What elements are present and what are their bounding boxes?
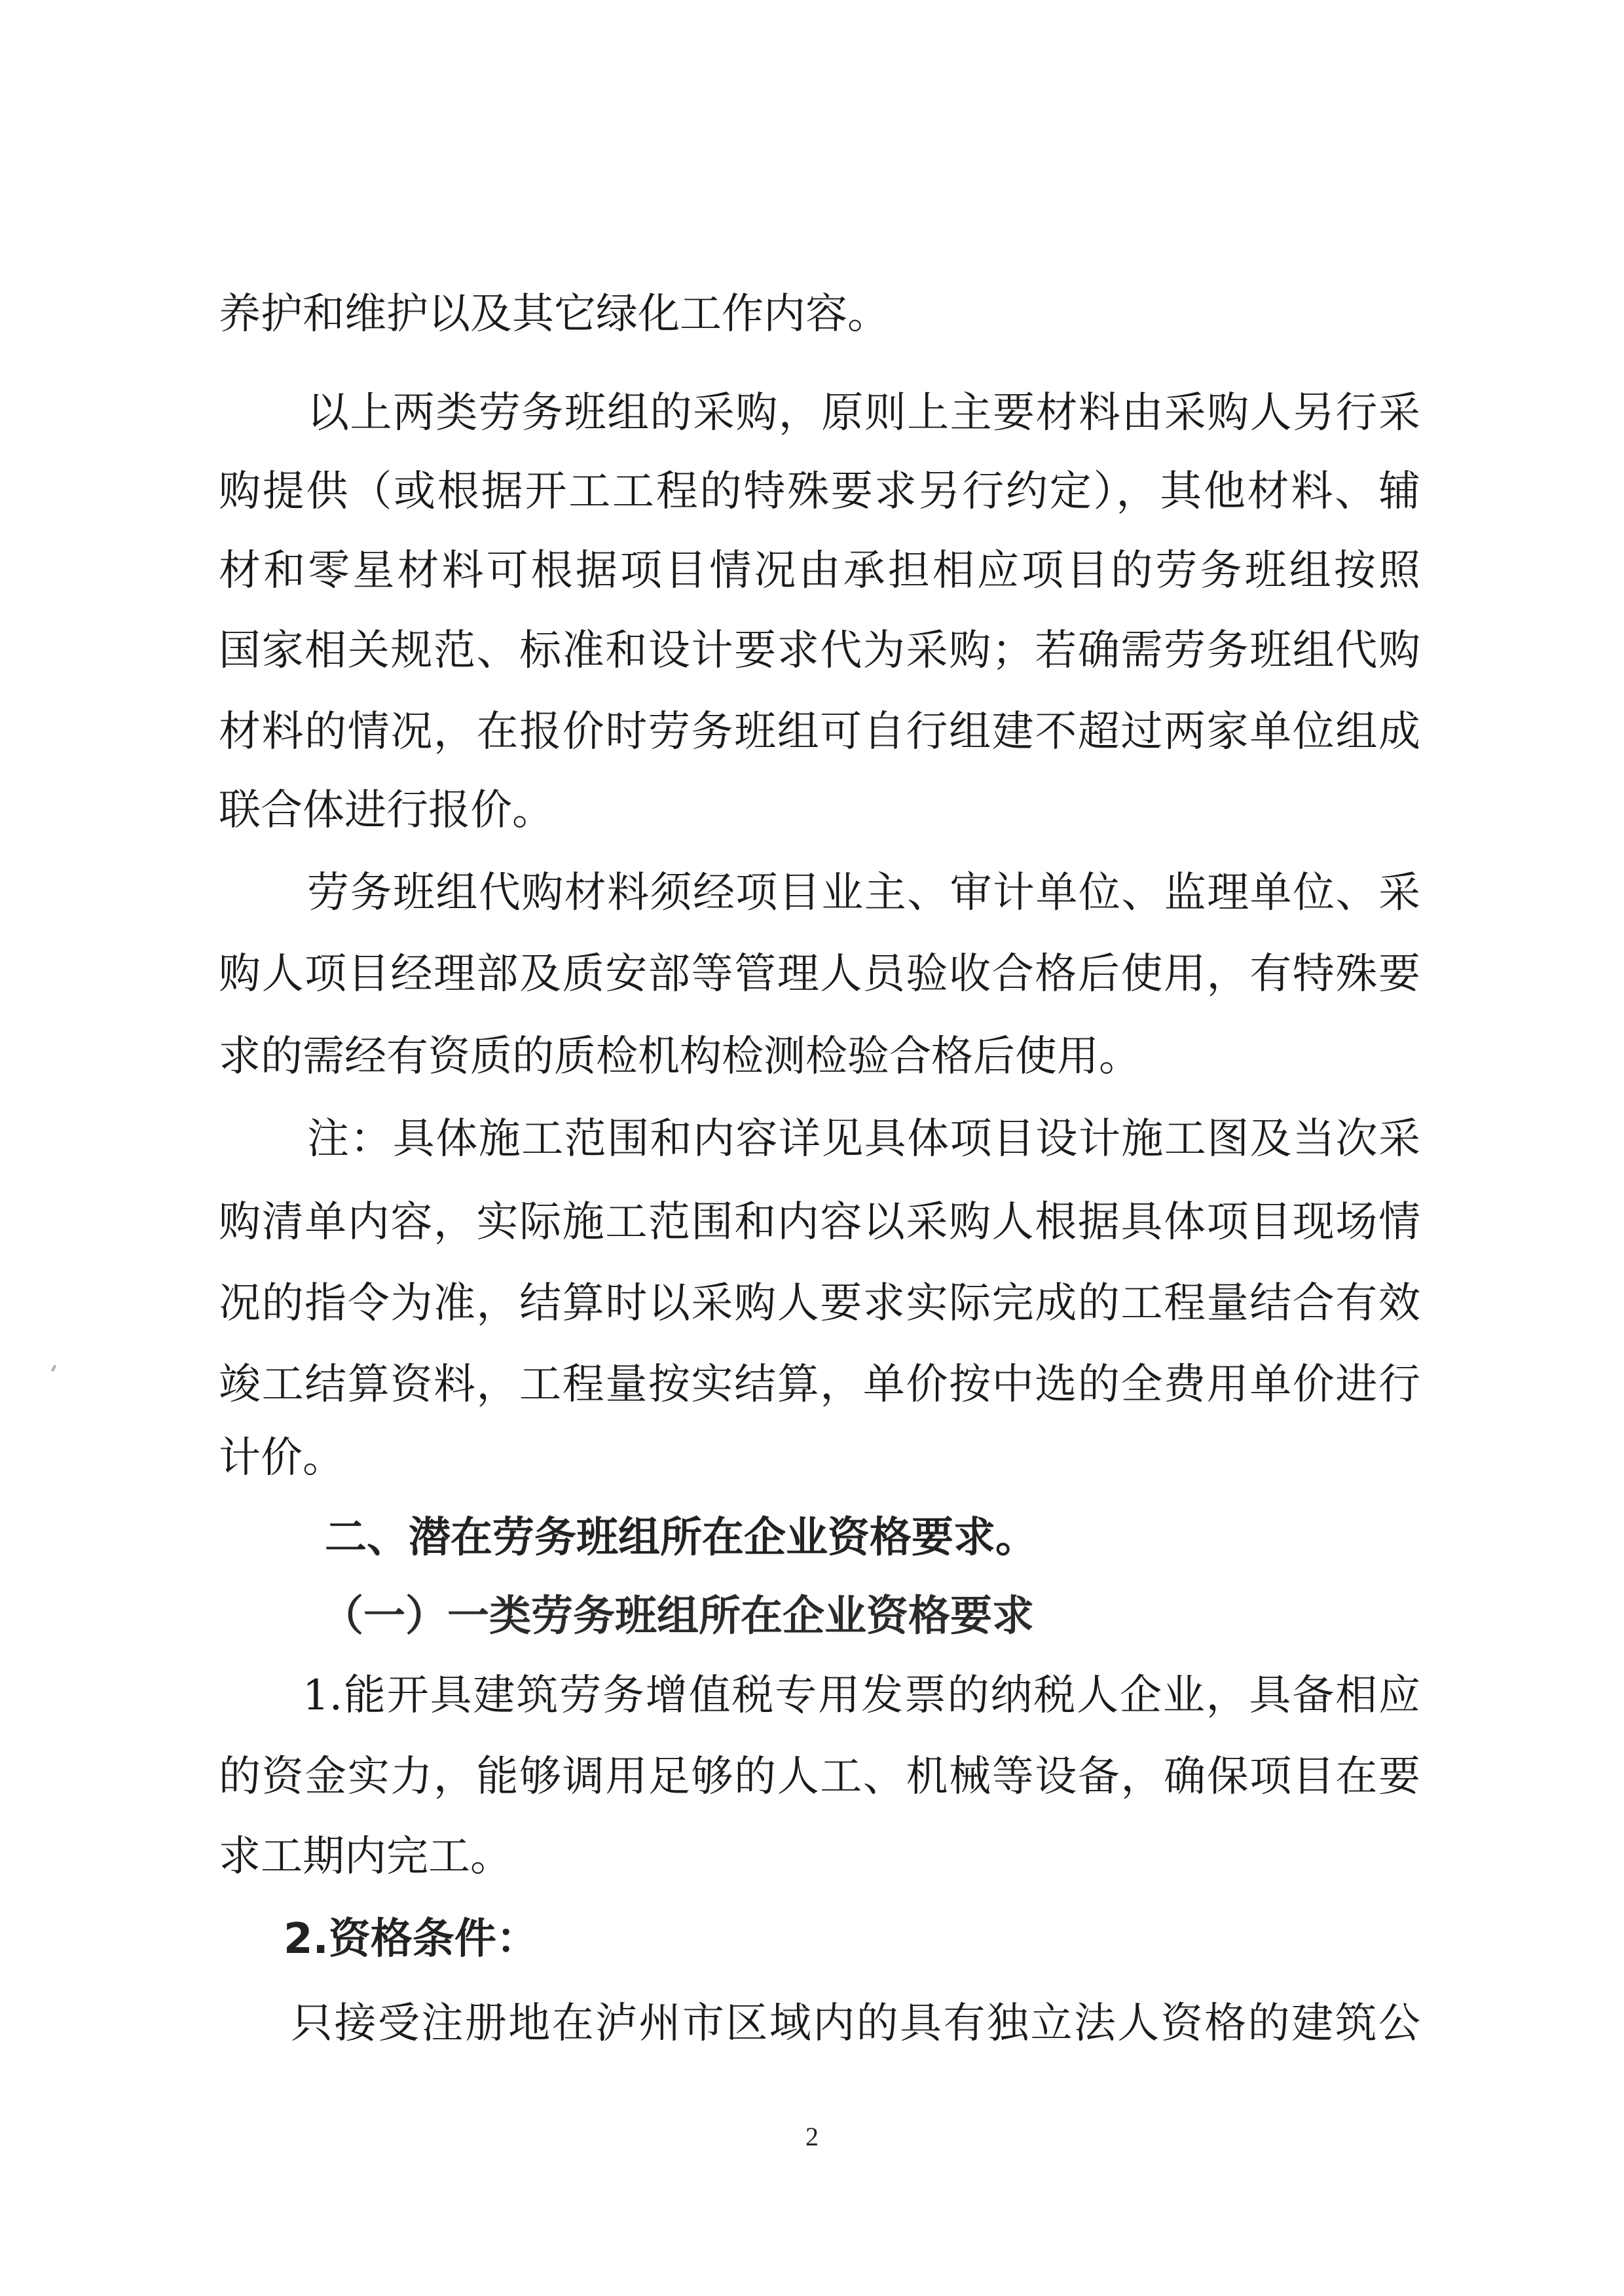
paragraph-line: 只接受注册地在泸州市区域内的具有独立法人资格的建筑公: [291, 1994, 1420, 2053]
paragraph-line: 求的需经有资质的质检机构检测检验合格后使用。: [219, 1027, 1420, 1086]
paragraph-line: 材料的情况，在报价时劳务班组可自行组建不超过两家单位组成: [219, 702, 1420, 761]
document-page: 养护和维护以及其它绿化工作内容。 以上两类劳务班组的采购，原则上主要材料由采购人…: [0, 0, 1624, 2296]
paragraph-line: 以上两类劳务班组的采购，原则上主要材料由采购人另行采: [307, 384, 1420, 443]
scan-speck: [51, 1365, 56, 1372]
note-line: 购清单内容，实际施工范围和内容以采购人根据具体项目现场情: [219, 1193, 1420, 1252]
paragraph-line: 国家相关规范、标准和设计要求代为采购；若确需劳务班组代购: [219, 621, 1420, 680]
paragraph-line: 购人项目经理部及质安部等管理人员验收合格后使用，有特殊要: [219, 945, 1420, 1004]
list-item-line: 的资金实力，能够调用足够的人工、机械等设备，确保项目在要: [219, 1747, 1420, 1806]
page-number: 2: [805, 2121, 819, 2152]
note-line: 况的指令为准，结算时以采购人要求实际完成的工程量结合有效: [219, 1274, 1420, 1333]
paragraph-line: 购提供（或根据开工工程的特殊要求另行约定），其他材料、辅: [219, 462, 1420, 521]
paragraph-line: 劳务班组代购材料须经项目业主、审计单位、监理单位、采: [307, 864, 1420, 922]
list-item-line: 1.能开具建筑劳务增值税专用发票的纳税人企业，具备相应: [303, 1666, 1420, 1725]
subsection-heading: （一）一类劳务班组所在企业资格要求: [322, 1587, 1034, 1646]
note-line: 计价。: [219, 1429, 1420, 1487]
item-heading: 2.资格条件：: [284, 1910, 538, 1969]
note-line: 竣工结算资料，工程量按实结算，单价按中选的全费用单价进行: [219, 1355, 1420, 1414]
paragraph-line: 材和零星材料可根据项目情况由承担相应项目的劳务班组按照: [219, 541, 1420, 600]
paragraph-line: 养护和维护以及其它绿化工作内容。: [219, 285, 1420, 344]
note-line: 注：具体施工范围和内容详见具体项目设计施工图及当次采: [307, 1110, 1420, 1169]
list-item-line: 求工期内完工。: [219, 1827, 1420, 1886]
paragraph-line: 联合体进行报价。: [219, 781, 1420, 840]
section-heading: 二、潜在劳务班组所在企业资格要求。: [325, 1508, 1037, 1567]
